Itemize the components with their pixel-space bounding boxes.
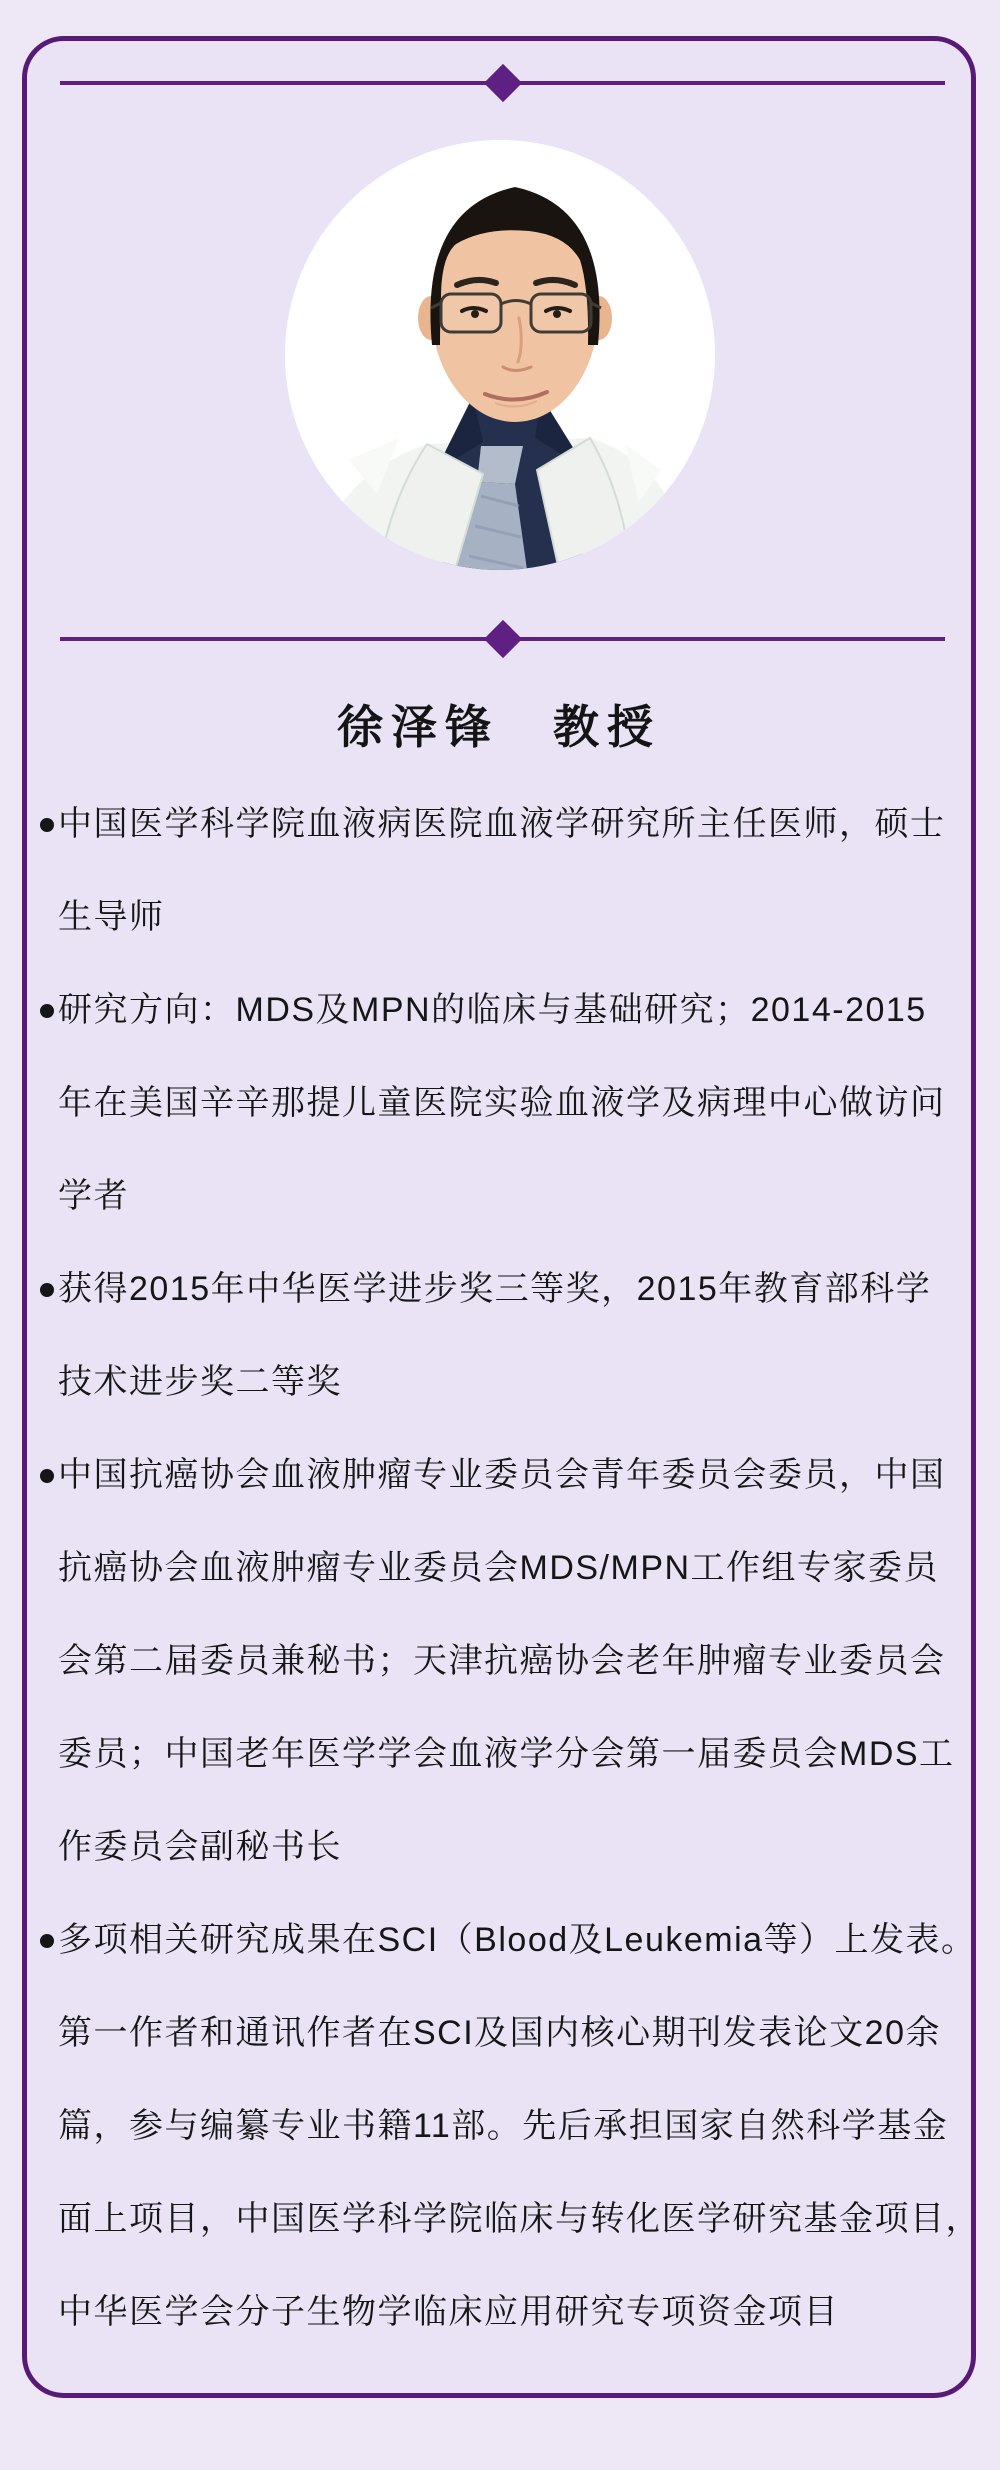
bio-line: 技术进步奖二等奖 xyxy=(58,1336,970,1429)
divider-top xyxy=(60,81,945,85)
professor-name: 徐泽锋 教授 xyxy=(27,698,971,756)
bio-item: 获得2015年中华医学进步奖三等奖，2015年教育部科学技术进步奖二等奖 xyxy=(40,1243,970,1429)
bio-line: 面上项目，中国医学科学院临床与转化医学研究基金项目， xyxy=(58,2173,970,2266)
bio-line: 年在美国辛辛那提儿童医院实验血液学及病理中心做访问 xyxy=(58,1057,970,1150)
profile-card: 徐泽锋 教授 中国医学科学院血液病医院血液学研究所主任医师，硕士生导师研究方向：… xyxy=(22,36,976,2398)
page-root: { "page": { "background": "#ede7f6" }, "… xyxy=(0,0,1000,2470)
bullet-icon xyxy=(40,1934,54,1948)
professor-portrait-illustration xyxy=(285,140,715,570)
bio-line: 抗癌协会血液肿瘤专业委员会MDS/MPN工作组专家委员 xyxy=(58,1522,970,1615)
bio-line: 学者 xyxy=(58,1150,970,1243)
bio-line: 多项相关研究成果在SCI（Blood及Leukemia等）上发表。 xyxy=(58,1894,970,1987)
bullet-icon xyxy=(40,1283,54,1297)
bio-line: 生导师 xyxy=(58,871,970,964)
bio-line: 中国医学科学院血液病医院血液学研究所主任医师，硕士 xyxy=(58,778,970,871)
profile-photo xyxy=(285,140,715,570)
tie-knot-shape xyxy=(477,446,523,484)
bio-item: 中国抗癌协会血液肿瘤专业委员会青年委员会委员，中国抗癌协会血液肿瘤专业委员会MD… xyxy=(40,1429,970,1894)
bio-line: 研究方向：MDS及MPN的临床与基础研究；2014-2015 xyxy=(58,964,970,1057)
bio-line: 会第二届委员兼秘书；天津抗癌协会老年肿瘤专业委员会 xyxy=(58,1615,970,1708)
bio-line: 中国抗癌协会血液肿瘤专业委员会青年委员会委员，中国 xyxy=(58,1429,970,1522)
bio-line: 获得2015年中华医学进步奖三等奖，2015年教育部科学 xyxy=(58,1243,970,1336)
bio-line: 中华医学会分子生物学临床应用研究专项资金项目 xyxy=(58,2266,970,2359)
bio-item: 中国医学科学院血液病医院血液学研究所主任医师，硕士生导师 xyxy=(40,778,970,964)
divider-middle xyxy=(60,637,945,641)
diamond-icon xyxy=(483,620,521,658)
bio-line: 委员；中国老年医学学会血液学分会第一届委员会MDS工 xyxy=(58,1708,970,1801)
bullet-icon xyxy=(40,1469,54,1483)
bio-line: 篇，参与编纂专业书籍11部。先后承担国家自然科学基金 xyxy=(58,2080,970,2173)
bullet-icon xyxy=(40,818,54,832)
bio-item: 多项相关研究成果在SCI（Blood及Leukemia等）上发表。第一作者和通讯… xyxy=(40,1894,970,2359)
bio-line: 第一作者和通讯作者在SCI及国内核心期刊发表论文20余 xyxy=(58,1987,970,2080)
bullet-icon xyxy=(40,1004,54,1018)
diamond-icon xyxy=(483,64,521,102)
bio-list: 中国医学科学院血液病医院血液学研究所主任医师，硕士生导师研究方向：MDS及MPN… xyxy=(40,778,970,2359)
bio-line: 作委员会副秘书长 xyxy=(58,1801,970,1894)
bio-item: 研究方向：MDS及MPN的临床与基础研究；2014-2015年在美国辛辛那提儿童… xyxy=(40,964,970,1243)
